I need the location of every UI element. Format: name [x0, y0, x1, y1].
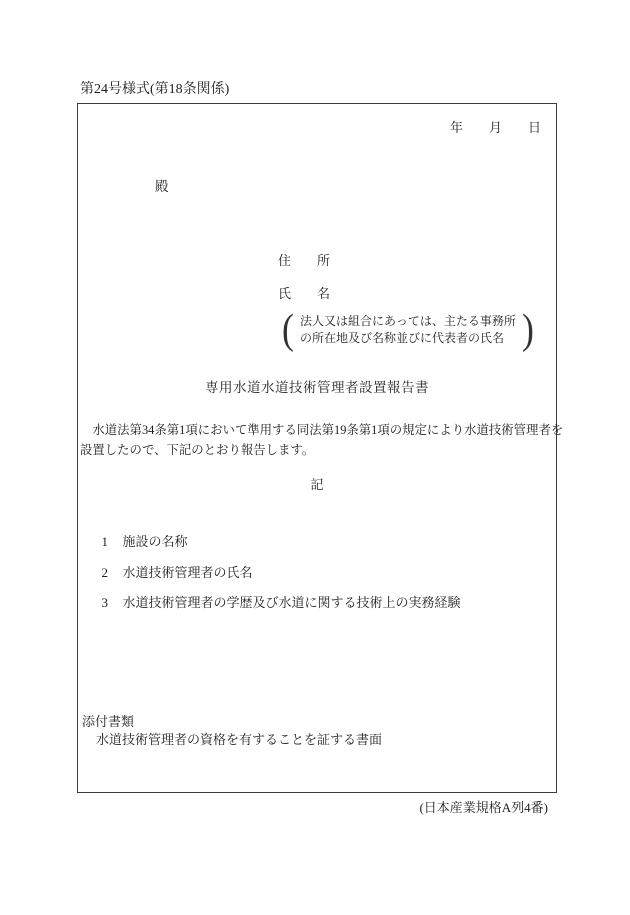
corporate-note-close-paren: ) [522, 308, 534, 352]
form-number-label: 第24号様式(第18条関係) [80, 78, 229, 98]
corporate-note-open-paren: ( [282, 308, 294, 352]
list-item-3-number: 3 [102, 595, 123, 611]
name-label: 氏 名 [278, 283, 330, 302]
corporate-note-line1: 法人又は組合にあっては、主たる事務所 [300, 314, 516, 328]
ki-heading: 記 [78, 474, 556, 493]
form-border-box: 年 月 日 殿 住 所 氏 名 ( 法人又は組合にあっては、主たる事務所の所在地… [77, 103, 557, 793]
list-item-3: 3水道技術管理者の学歴及び水道に関する技術上の実務経験 [82, 576, 461, 627]
body-line1: 水道法第34条第1項において準用する同法第19条第1項の規定により水道技術管理者… [80, 423, 563, 437]
date-line: 年 月 日 [450, 117, 541, 136]
corporate-note-text: 法人又は組合にあっては、主たる事務所の所在地及び名称並びに代表者の氏名 [300, 313, 516, 348]
body-line2: 設置したので、下記のとおり報告します。 [80, 443, 314, 457]
attachments-item: 水道技術管理者の資格を有することを証する書面 [96, 729, 382, 748]
document-title: 専用水道水道技術管理者設置報告書 [78, 376, 556, 396]
paper-size-note: (日本産業規格A列4番) [419, 797, 548, 816]
addressee-suffix: 殿 [155, 175, 169, 195]
document-page: 第24号様式(第18条関係) 年 月 日 殿 住 所 氏 名 ( 法人又は組合に… [0, 0, 630, 915]
body-paragraph: 水道法第34条第1項において準用する同法第19条第1項の規定により水道技術管理者… [80, 421, 554, 460]
corporate-note: ( 法人又は組合にあっては、主たる事務所の所在地及び名称並びに代表者の氏名 ) [281, 308, 535, 352]
list-item-3-text: 水道技術管理者の学歴及び水道に関する技術上の実務経験 [123, 595, 461, 610]
attachments-heading: 添付書類 [82, 711, 134, 730]
address-label: 住 所 [278, 250, 330, 269]
corporate-note-line2: の所在地及び名称並びに代表者の氏名 [300, 331, 504, 345]
